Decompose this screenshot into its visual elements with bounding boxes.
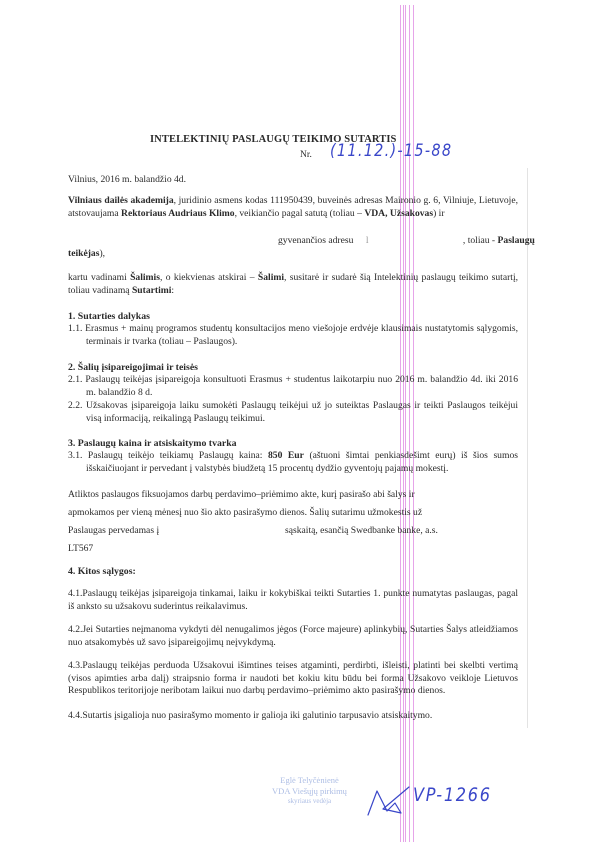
- price: 850 Eur: [268, 450, 304, 461]
- clause-4-1: 4.1.Paslaugų teikėjas įsipareigoja tinka…: [68, 588, 518, 613]
- payment-line-2: apmokamos per vieną mėnesį nuo šio akto …: [68, 507, 422, 520]
- payment-line-3: Paslaugas pervedamas į: [68, 525, 159, 538]
- clause-2-2: 2.2. Užsakovas įsipareigoja laiku sumokė…: [68, 400, 518, 425]
- rector-name: Rektoriaus Audriaus Klimo: [121, 208, 235, 219]
- contract-page: INTELEKTINIŲ PASLAUGŲ TEIKIMO SUTARTIS N…: [0, 0, 595, 842]
- clause-1-1: 1.1. Erasmus + mainų programos studentų …: [68, 323, 518, 348]
- handwritten-contract-number: (11.12.)-15-88: [330, 141, 452, 161]
- section-heading-1: 1. Sutarties dalykas: [68, 311, 150, 322]
- signature-icon: [365, 785, 415, 817]
- section-heading-4: 4. Kitos sąlygos:: [68, 566, 136, 577]
- provider-label-line: teikėjas),: [68, 248, 105, 261]
- redacted-address: l: [366, 235, 369, 246]
- clause-4-3: 4.3.Paslaugų teikėjas perduoda Užsakovui…: [68, 660, 518, 698]
- clause-4-2: 4.2.Jei Sutarties neįmanoma vykdyti dėl …: [68, 624, 518, 649]
- residing-line: gyvenančios adresu l , toliau - Paslaugų: [278, 235, 535, 248]
- place-date: Vilnius, 2016 m. balandžio 4d.: [68, 174, 186, 187]
- clause-2-1: 2.1. Paslaugų teikėjas įsipareigoja kons…: [68, 374, 518, 399]
- org-name: Vilniaus dailės akademija: [68, 195, 174, 206]
- approval-stamp: Eglė Telyčėnienė VDA Viešųjų pirkimų sky…: [262, 775, 357, 807]
- clause-4-4: 4.4.Sutartis įsigalioja nuo pasirašymo m…: [68, 710, 518, 723]
- section-heading-2: 2. Šalių įsipareigojimai ir teisės: [68, 362, 198, 373]
- together-paragraph: kartu vadinami Šalimis, o kiekvienas ats…: [68, 272, 518, 297]
- account-number: LT567: [68, 543, 93, 556]
- section-heading-3: 3. Paslaugų kaina ir atsiskaitymo tvarka: [68, 438, 237, 449]
- clause-3-1: 3.1. Paslaugų teikėjo teikiamų Paslaugų …: [68, 450, 518, 475]
- payment-line-1: Atliktos paslaugos fiksuojamos darbų per…: [68, 489, 415, 502]
- handwritten-registration-number: VP-1266: [413, 784, 492, 806]
- payment-line-3-bank: sąskaitą, esančią Swedbanke banke, a.s.: [285, 525, 438, 538]
- scan-margin-rule: [527, 168, 528, 728]
- contract-number-label: Nr.: [300, 150, 312, 160]
- parties-paragraph: Vilniaus dailės akademija, juridinio asm…: [68, 195, 518, 220]
